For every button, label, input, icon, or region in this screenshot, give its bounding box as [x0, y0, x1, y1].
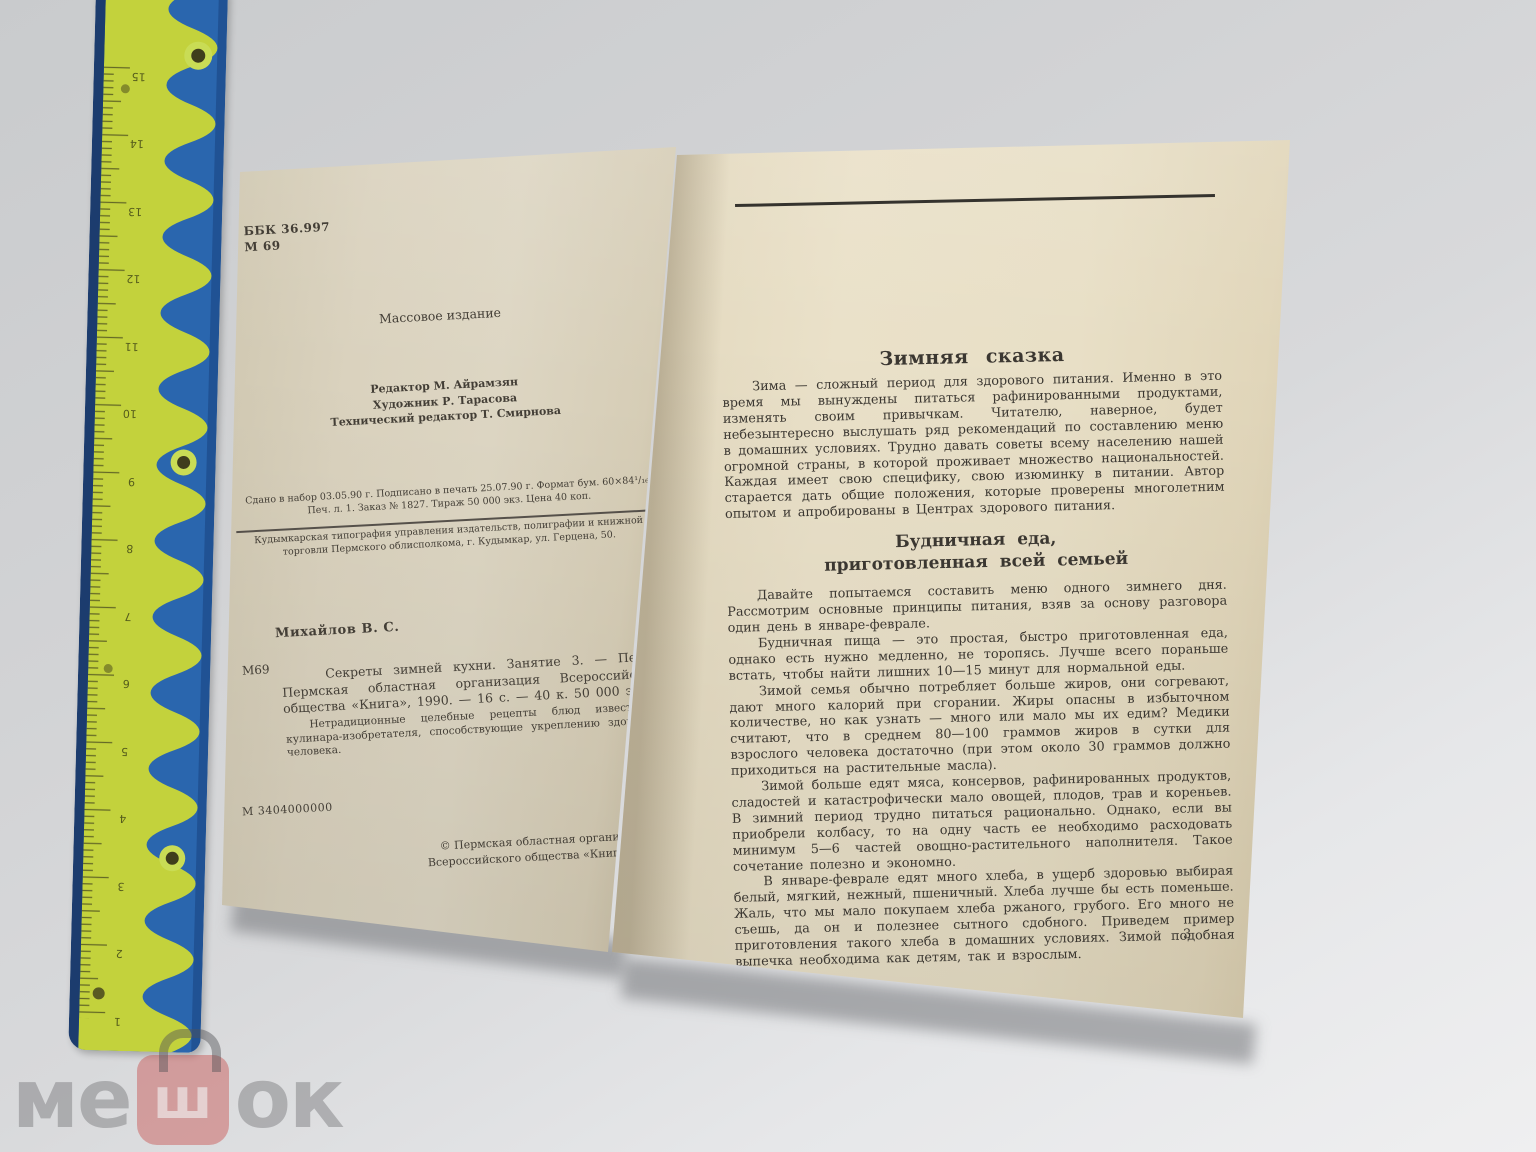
ruler-number: 5	[121, 745, 128, 758]
page-body-text: Зима — сложный период для здорового пита…	[722, 369, 1235, 971]
ruler-number: 14	[130, 137, 144, 150]
left-page: ББК 36.997 М 69 Массовое издание Редакто…	[220, 145, 678, 957]
page-number: 3	[1183, 927, 1192, 942]
imprint-print-data: Сдано в набор 03.05.90 г. Подписано в пе…	[234, 474, 665, 521]
ruler-number: 6	[123, 677, 130, 690]
paragraph: В январе-феврале едят много хлеба, в уще…	[733, 864, 1235, 971]
chapter-heading: Зимняя сказка	[722, 340, 1222, 373]
photo-scene: ББК 36.997 М 69 Массовое издание Редакто…	[0, 0, 1536, 1152]
meshok-watermark: ме ш ок	[12, 1052, 343, 1147]
editors-block: Редактор М. Айрамзян Художник Р. Тарасов…	[319, 371, 571, 431]
watermark-bag-letter: ш	[153, 1072, 212, 1128]
ruler-number: 1	[114, 1015, 121, 1028]
ruler-number: 10	[123, 407, 137, 420]
ruler-number: 9	[128, 475, 135, 488]
right-page: Зимняя сказка Зима — сложный период для …	[605, 130, 1305, 1030]
watermark-text-left: ме	[12, 1052, 131, 1147]
author-name: Михайлов В. С.	[275, 620, 400, 641]
ruler-graphic: 15 14 13 12 11 10 9 8 7 6 5 4 3 2 1	[68, 0, 228, 1053]
catalog-code: М69	[242, 662, 270, 677]
book-number: М 3404000000	[242, 801, 333, 819]
edition-type: Массовое издание	[315, 301, 565, 329]
watermark-text-right: ок	[235, 1052, 343, 1147]
bbk-classification: ББК 36.997 М 69	[243, 219, 331, 255]
ruler-number: 15	[132, 70, 146, 83]
ruler-number: 3	[117, 880, 124, 893]
ruler-number: 2	[116, 947, 123, 960]
ruler-number: 13	[128, 205, 142, 218]
ruler-number: 12	[126, 272, 140, 285]
paragraph: Зима — сложный период для здорового пита…	[722, 369, 1225, 523]
bag-handle-icon	[159, 1029, 221, 1072]
paragraph: Зимой семья обычно потребляет больше жир…	[729, 673, 1231, 780]
ruler-number: 7	[124, 610, 131, 623]
ruler: 15 14 13 12 11 10 9 8 7 6 5 4 3 2 1	[68, 0, 228, 1053]
shopping-bag-icon: ш	[137, 1055, 229, 1145]
paragraph: Зимой больше едят мяса, консервов, рафин…	[731, 769, 1233, 876]
ruler-number: 8	[126, 542, 133, 555]
section-heading: Будничная еда, приготовленная всей семье…	[726, 524, 1227, 579]
ruler-number: 4	[119, 812, 126, 825]
bbk-line2: М 69	[244, 235, 331, 256]
ruler-number: 11	[124, 340, 138, 353]
chapter-top-rule	[735, 194, 1215, 207]
